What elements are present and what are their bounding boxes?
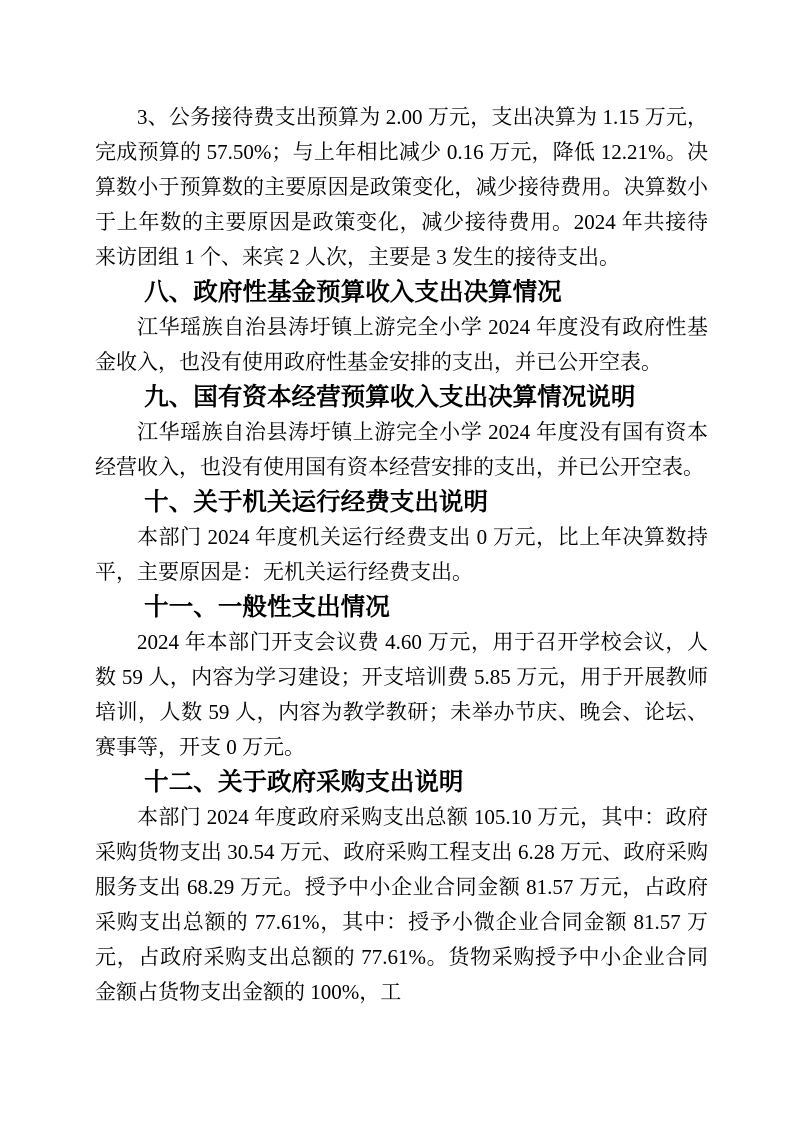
heading-section-9-state-capital: 九、国有资本经营预算收入支出决算情况说明 [95,380,708,415]
paragraph-state-capital: 江华瑶族自治县涛圩镇上游完全小学 2024 年度没有国有资本经营收入，也没有使用… [95,415,708,485]
document-page: 3、公务接待费支出预算为 2.00 万元，支出决算为 1.15 万元，完成预算的… [0,0,793,1122]
heading-section-12-procurement: 十二、关于政府采购支出说明 [95,765,708,800]
paragraph-procurement: 本部门 2024 年度政府采购支出总额 105.10 万元，其中：政府采购货物支… [95,800,708,1010]
paragraph-reception-expense: 3、公务接待费支出预算为 2.00 万元，支出决算为 1.15 万元，完成预算的… [95,100,708,275]
heading-section-11-general-expense: 十一、一般性支出情况 [95,590,708,625]
paragraph-govt-fund: 江华瑶族自治县涛圩镇上游完全小学 2024 年度没有政府性基金收入，也没有使用政… [95,310,708,380]
heading-section-8-govt-fund: 八、政府性基金预算收入支出决算情况 [95,275,708,310]
paragraph-operating-expense: 本部门 2024 年度机关运行经费支出 0 万元，比上年决算数持平，主要原因是：… [95,520,708,590]
paragraph-general-expense: 2024 年本部门开支会议费 4.60 万元，用于召开学校会议，人数 59 人，… [95,625,708,765]
heading-section-10-operating-expense: 十、关于机关运行经费支出说明 [95,485,708,520]
document-content: 3、公务接待费支出预算为 2.00 万元，支出决算为 1.15 万元，完成预算的… [95,100,708,1010]
